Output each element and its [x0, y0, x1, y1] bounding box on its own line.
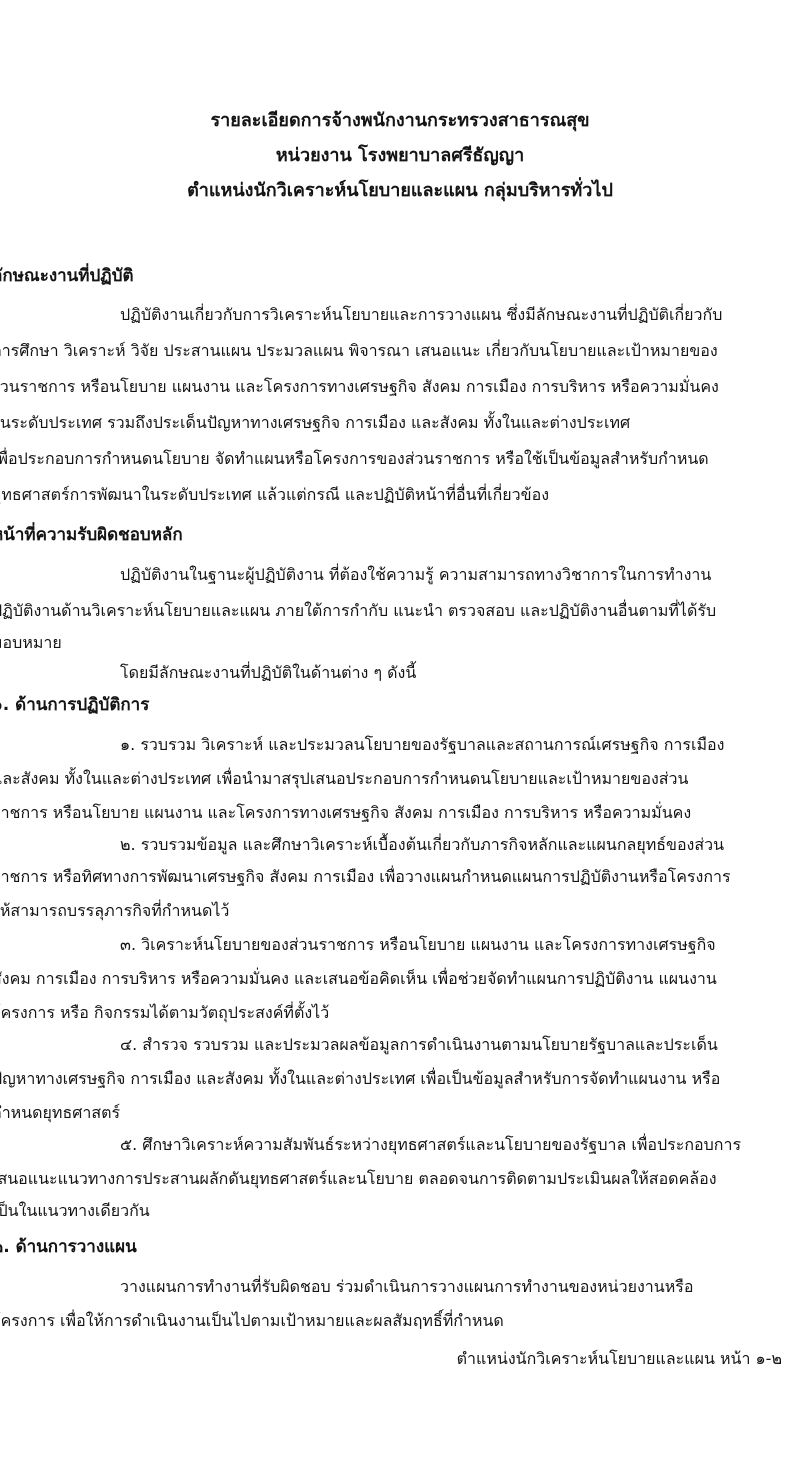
- operations-item-5-line: เป็นในแนวทางเดียวกัน: [0, 1200, 150, 1222]
- paragraph-line: ปฏิบัติงานในฐานะผู้ปฏิบัติงาน ที่ต้องใช้…: [120, 564, 711, 586]
- paragraph-line: ปฏิบัติงานเกี่ยวกับการวิเคราะห์นโยบายและ…: [120, 304, 722, 326]
- section-heading-nature: ลักษณะงานที่ปฏิบัติ: [0, 265, 134, 287]
- operations-item-4-line: ๔. สำรวจ รวบรวม และประมวลผลข้อมูลการดำเน…: [120, 1034, 718, 1056]
- paragraph-line: ปฏิบัติงานด้านวิเคราะห์นโยบายและแผน ภายใ…: [0, 600, 716, 622]
- section-heading-duties: หน้าที่ความรับผิดชอบหลัก: [0, 524, 183, 546]
- paragraph-line: เพื่อประกอบการกำหนดนโยบาย จัดทำแผนหรือโค…: [0, 448, 709, 470]
- paragraph-line: ส่วนราชการ หรือนโยบาย แผนงาน และโครงการท…: [0, 376, 719, 398]
- operations-item-1-line: และสังคม ทั้งในและต่างประเทศ เพื่อนำมาสร…: [0, 768, 688, 790]
- paragraph-line: การศึกษา วิเคราะห์ วิจัย ประสานแผน ประมว…: [0, 340, 718, 362]
- subsection-heading-operations: ๑. ด้านการปฏิบัติการ: [0, 694, 149, 716]
- document-title-line-3: ตำแหน่งนักวิเคราะห์นโยบายและแผน กลุ่มบริ…: [0, 180, 800, 202]
- page-footer: ตำแหน่งนักวิเคราะห์นโยบายและแผน หน้า ๑-๒: [457, 1348, 782, 1370]
- duties-intro: โดยมีลักษณะงานที่ปฏิบัติในด้านต่าง ๆ ดัง…: [120, 662, 416, 684]
- operations-item-1-line: ราชการ หรือนโยบาย แผนงาน และโครงการทางเศ…: [0, 802, 691, 824]
- operations-item-5-line: เสนอแนะแนวทางการประสานผลักดันยุทธศาสตร์แ…: [0, 1168, 717, 1190]
- operations-item-3-line: ๓. วิเคราะห์นโยบายของส่วนราชการ หรือนโยบ…: [120, 934, 716, 956]
- document-page: รายละเอียดการจ้างพนักงานกระทรวงสาธารณสุข…: [0, 0, 800, 1480]
- operations-item-3-line: โครงการ หรือ กิจกรรมได้ตามวัตถุประสงค์ที…: [0, 1002, 329, 1024]
- paragraph-line: มอบหมาย: [0, 632, 62, 654]
- operations-item-2-line: ราชการ หรือทิศทางการพัฒนาเศรษฐกิจ สังคม …: [0, 866, 731, 888]
- document-title-line-2: หน่วยงาน โรงพยาบาลศรีธัญญา: [0, 145, 800, 167]
- operations-item-4-line: กำหนดยุทธศาสตร์: [0, 1102, 120, 1124]
- operations-item-4-line: ปัญหาทางเศรษฐกิจ การเมือง และสังคม ทั้งใ…: [0, 1068, 720, 1090]
- operations-item-1-line: ๑. รวบรวม วิเคราะห์ และประมวลนโยบายของรั…: [120, 734, 724, 756]
- document-title-line-1: รายละเอียดการจ้างพนักงานกระทรวงสาธารณสุข: [0, 110, 800, 132]
- subsection-heading-planning: ๒. ด้านการวางแผน: [0, 1236, 137, 1258]
- operations-item-2-line: ให้สามารถบรรลุภารกิจที่กำหนดไว้: [0, 900, 229, 922]
- paragraph-line: ยุทธศาสตร์การพัฒนาในระดับประเทศ แล้วแต่ก…: [0, 484, 549, 506]
- planning-line: วางแผนการทำงานที่รับผิดชอบ ร่วมดำเนินการ…: [120, 1276, 693, 1298]
- planning-line: โครงการ เพื่อให้การดำเนินงานเป็นไปตามเป้…: [0, 1310, 504, 1332]
- operations-item-5-line: ๕. ศึกษาวิเคราะห์ความสัมพันธ์ระหว่างยุทธ…: [120, 1134, 741, 1156]
- operations-item-2-line: ๒. รวบรวมข้อมูล และศึกษาวิเคราะห์เบื้องต…: [120, 834, 724, 856]
- paragraph-line: ในระดับประเทศ รวมถึงประเด็นปัญหาทางเศรษฐ…: [0, 412, 630, 434]
- operations-item-3-line: สังคม การเมือง การบริหาร หรือความมั่นคง …: [0, 968, 717, 990]
